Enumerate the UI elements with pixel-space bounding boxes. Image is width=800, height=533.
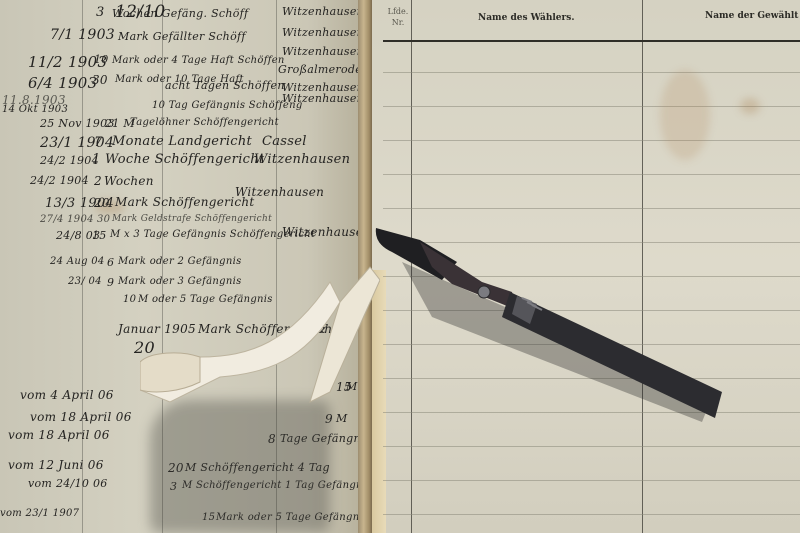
header-voter-name: Name des Wählers. bbox=[478, 13, 574, 23]
entry-place: Witzenhausen bbox=[235, 185, 324, 199]
entry-text: Wochen bbox=[104, 174, 154, 188]
entry-amount: 30 bbox=[92, 73, 108, 87]
entry-date: 6/4 1903 bbox=[28, 74, 97, 92]
header-number-col: Lfde. Nr. bbox=[386, 6, 410, 28]
row-rule bbox=[383, 174, 800, 175]
row-rule bbox=[383, 446, 800, 447]
header-elected-name: Name der Gewählt bbox=[705, 11, 798, 21]
entry-place: Witzenhausen bbox=[282, 26, 364, 39]
entry-date: 24/2 1904 bbox=[30, 174, 89, 187]
row-rule bbox=[383, 208, 800, 209]
entry-place: Witzenhausen bbox=[282, 92, 364, 105]
entry-place: Witzenhausen bbox=[254, 152, 350, 167]
entry-amount: 2 bbox=[94, 174, 102, 188]
paper-ribbon-bookmark bbox=[140, 262, 380, 412]
entry-amount: 15 bbox=[92, 229, 107, 242]
entry-text: Woche Schöffengericht bbox=[105, 152, 264, 167]
entry-amount: 1 bbox=[92, 152, 101, 167]
row-rule bbox=[383, 480, 800, 481]
stain bbox=[660, 70, 710, 160]
ledger-photo: 12/10 3 Wochen Gefäng. Schöff Witzenhaus… bbox=[0, 0, 800, 533]
entry-place: Cassel bbox=[262, 134, 307, 149]
entry-text: Mark Gefällter Schöff bbox=[118, 30, 246, 43]
entry-text: Wochen Gefäng. Schöff bbox=[112, 7, 248, 20]
entry-amount: 9 bbox=[107, 276, 114, 289]
stain bbox=[740, 98, 760, 114]
entry-text: acht Tagen Schöffen bbox=[165, 79, 285, 92]
entry-text: Mark oder 4 Tage Haft Schöffen bbox=[112, 55, 285, 66]
entry-amount: 6 bbox=[107, 256, 114, 269]
entry-amount: 30 bbox=[97, 214, 110, 225]
entry-text: Monate Landgericht bbox=[112, 134, 252, 149]
entry-date: vom 18 April 06 bbox=[30, 410, 132, 424]
entry-date: 23/ 04 bbox=[68, 276, 102, 287]
entry-amount: 20 bbox=[94, 196, 110, 210]
entry-date: 23/1 1904 bbox=[40, 135, 114, 151]
entry-date: 25 Nov 1903 bbox=[40, 117, 115, 130]
entry-amount: 3 bbox=[96, 5, 105, 20]
entry-text: Mark Schöffengericht bbox=[115, 195, 255, 209]
scalpel-icon bbox=[372, 222, 732, 432]
entry-text: M bbox=[336, 412, 348, 425]
entry-amount: 10 bbox=[94, 53, 109, 66]
entry-text: 10 Tag Gefängnis Schöffeng bbox=[152, 100, 303, 111]
ribbon-shadow bbox=[150, 400, 330, 533]
entry-date: 24 Aug 04 bbox=[50, 256, 105, 267]
row-rule bbox=[383, 106, 800, 107]
row-rule bbox=[383, 140, 800, 141]
row-rule bbox=[383, 514, 800, 515]
entry-date: vom 24/10 06 bbox=[28, 477, 108, 490]
entry-place: Witzenhausen bbox=[282, 45, 364, 58]
row-rule bbox=[383, 72, 800, 73]
entry-date: 7/1 1903 bbox=[50, 27, 115, 43]
header-rule bbox=[383, 40, 800, 42]
entry-date: vom 4 April 06 bbox=[20, 388, 114, 402]
entry-place: Großalmerode bbox=[278, 63, 362, 76]
entry-text: Tagelöhner Schöffengericht bbox=[130, 117, 279, 128]
entry-date: 24/2 1904 bbox=[40, 154, 99, 167]
entry-text: Mark Geldstrafe Schöffengericht bbox=[112, 214, 272, 224]
entry-place: Witzenhausen bbox=[282, 5, 364, 18]
entry-date: vom 18 April 06 bbox=[8, 428, 110, 442]
entry-date: vom 12 Juni 06 bbox=[8, 458, 104, 472]
entry-date: vom 23/1 1907 bbox=[0, 508, 79, 519]
entry-date: 27/4 1904 bbox=[40, 214, 94, 225]
entry-date: 14 Okt 1903 bbox=[2, 104, 68, 115]
entry-amount: 7 bbox=[94, 135, 103, 150]
entry-amount: 10 bbox=[123, 294, 136, 305]
